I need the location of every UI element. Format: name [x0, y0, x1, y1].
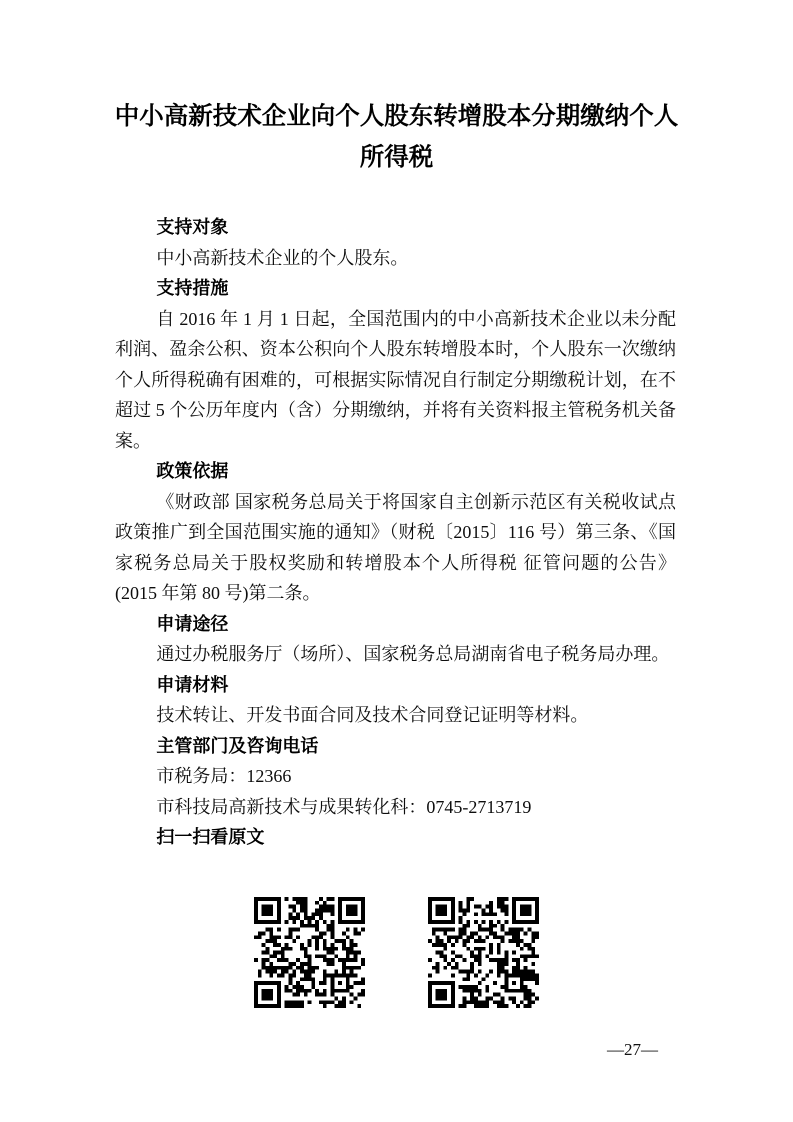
qr-code-original-text-left	[254, 897, 365, 1008]
document-title: 中小高新技术企业向个人股东转增股本分期缴纳个人所得税	[0, 96, 793, 178]
qr-code-original-text-right	[428, 897, 539, 1008]
section-heading: 支持措施	[115, 273, 676, 304]
paragraph: 技术转让、开发书面合同及技术合同登记证明等材料。	[115, 700, 676, 731]
section-heading: 申请途径	[115, 609, 676, 640]
document-page: 中小高新技术企业向个人股东转增股本分期缴纳个人所得税 支持对象中小高新技术企业的…	[0, 0, 793, 1122]
section-heading: 政策依据	[115, 456, 676, 487]
section-heading: 支持对象	[115, 212, 676, 243]
paragraph: 市科技局高新技术与成果转化科：0745-2713719	[115, 792, 676, 823]
paragraph: 市税务局：12366	[115, 761, 676, 792]
paragraph: 中小高新技术企业的个人股东。	[115, 243, 676, 274]
qr-codes-row	[0, 897, 793, 1008]
sections-container: 支持对象中小高新技术企业的个人股东。支持措施自 2016 年 1 月 1 日起，…	[115, 212, 676, 853]
page-number: —27—	[560, 1040, 705, 1060]
document-title-line1: 中小高新技术企业向个人股东转增股本分期缴纳个人	[115, 103, 679, 130]
section-heading: 扫一扫看原文	[115, 822, 676, 853]
paragraph: 自 2016 年 1 月 1 日起，全国范围内的中小高新技术企业以未分配利润、盈…	[115, 304, 676, 457]
section-heading: 申请材料	[115, 670, 676, 701]
paragraph: 《财政部 国家税务总局关于将国家自主创新示范区有关税收试点政策推广到全国范围实施…	[115, 487, 676, 609]
section-heading: 主管部门及咨询电话	[115, 731, 676, 762]
paragraph: 通过办税服务厅（场所）、国家税务总局湖南省电子税务局办理。	[115, 639, 676, 670]
document-title-line2: 所得税	[360, 144, 434, 171]
